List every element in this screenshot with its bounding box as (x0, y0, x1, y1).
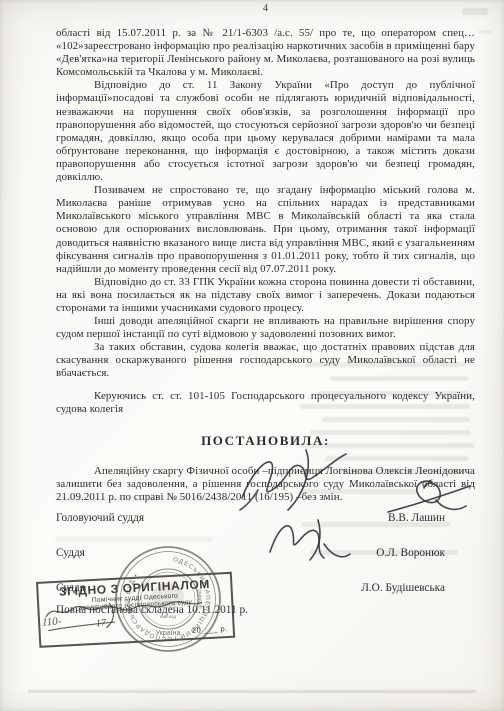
stamp-handwritten-note: 17 (96, 618, 107, 630)
signatory-row: Суддя О.Л. Воронюк (56, 547, 475, 560)
resolution-paragraph: Апеляційну скаргу Фізичної особи –підпри… (56, 465, 475, 504)
decision-body: області від 15.07.2011 р. за № 21/1-6303… (56, 27, 475, 416)
resolution-heading: ПОСТАНОВИЛА: (56, 433, 475, 449)
resolution-text-wrap: Апеляційну скаргу Фізичної особи –підпри… (56, 465, 475, 504)
paragraph: Відповідно до ст. 11 Закону України «Про… (56, 79, 475, 184)
page-number: 4 (56, 3, 475, 17)
signatory-role: Головуючий суддя (56, 512, 144, 525)
paragraph: Інші доводи апеляційної скарги не вплива… (56, 315, 475, 341)
signatory-row: Головуючий суддя В.В. Лашин (56, 512, 475, 525)
scanned-court-decision-page: 4 області від 15.07.2011 р. за № 21/1-63… (0, 0, 504, 711)
signatory-role: Суддя (56, 547, 85, 560)
stamp-date-blank: 20 ___ р. (192, 624, 228, 635)
stamp-handwritten-number: 110- (42, 615, 62, 628)
signatory-name: В.В. Лашин (388, 512, 445, 525)
signatory-name: О.Л. Воронюк (376, 547, 445, 560)
closing-paragraph: Керуючись ст. ст. 101-105 Господарського… (56, 390, 475, 416)
certification-stamp: ЗГІДНО З ОРИГІНАЛОМ Помічник судді Одесь… (36, 572, 235, 648)
paragraph: Позивачем не спростовано те, що згадану … (56, 184, 475, 276)
paragraph: області від 15.07.2011 р. за № 21/1-6303… (56, 27, 475, 79)
paragraph: Відповідно до ст. 33 ГПК України кожна с… (56, 276, 475, 315)
signatory-name: Л.О. Будішевська (361, 582, 445, 595)
paragraph: За таких обставин, судова колегія вважає… (56, 341, 475, 380)
